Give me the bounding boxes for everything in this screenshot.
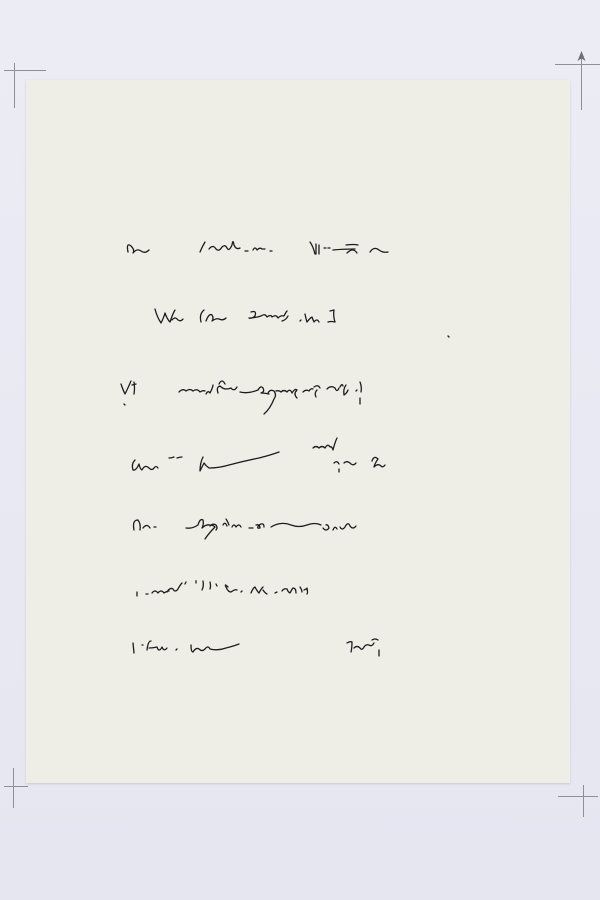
up-arrow-icon (576, 50, 587, 64)
paper-sheet (26, 80, 570, 783)
